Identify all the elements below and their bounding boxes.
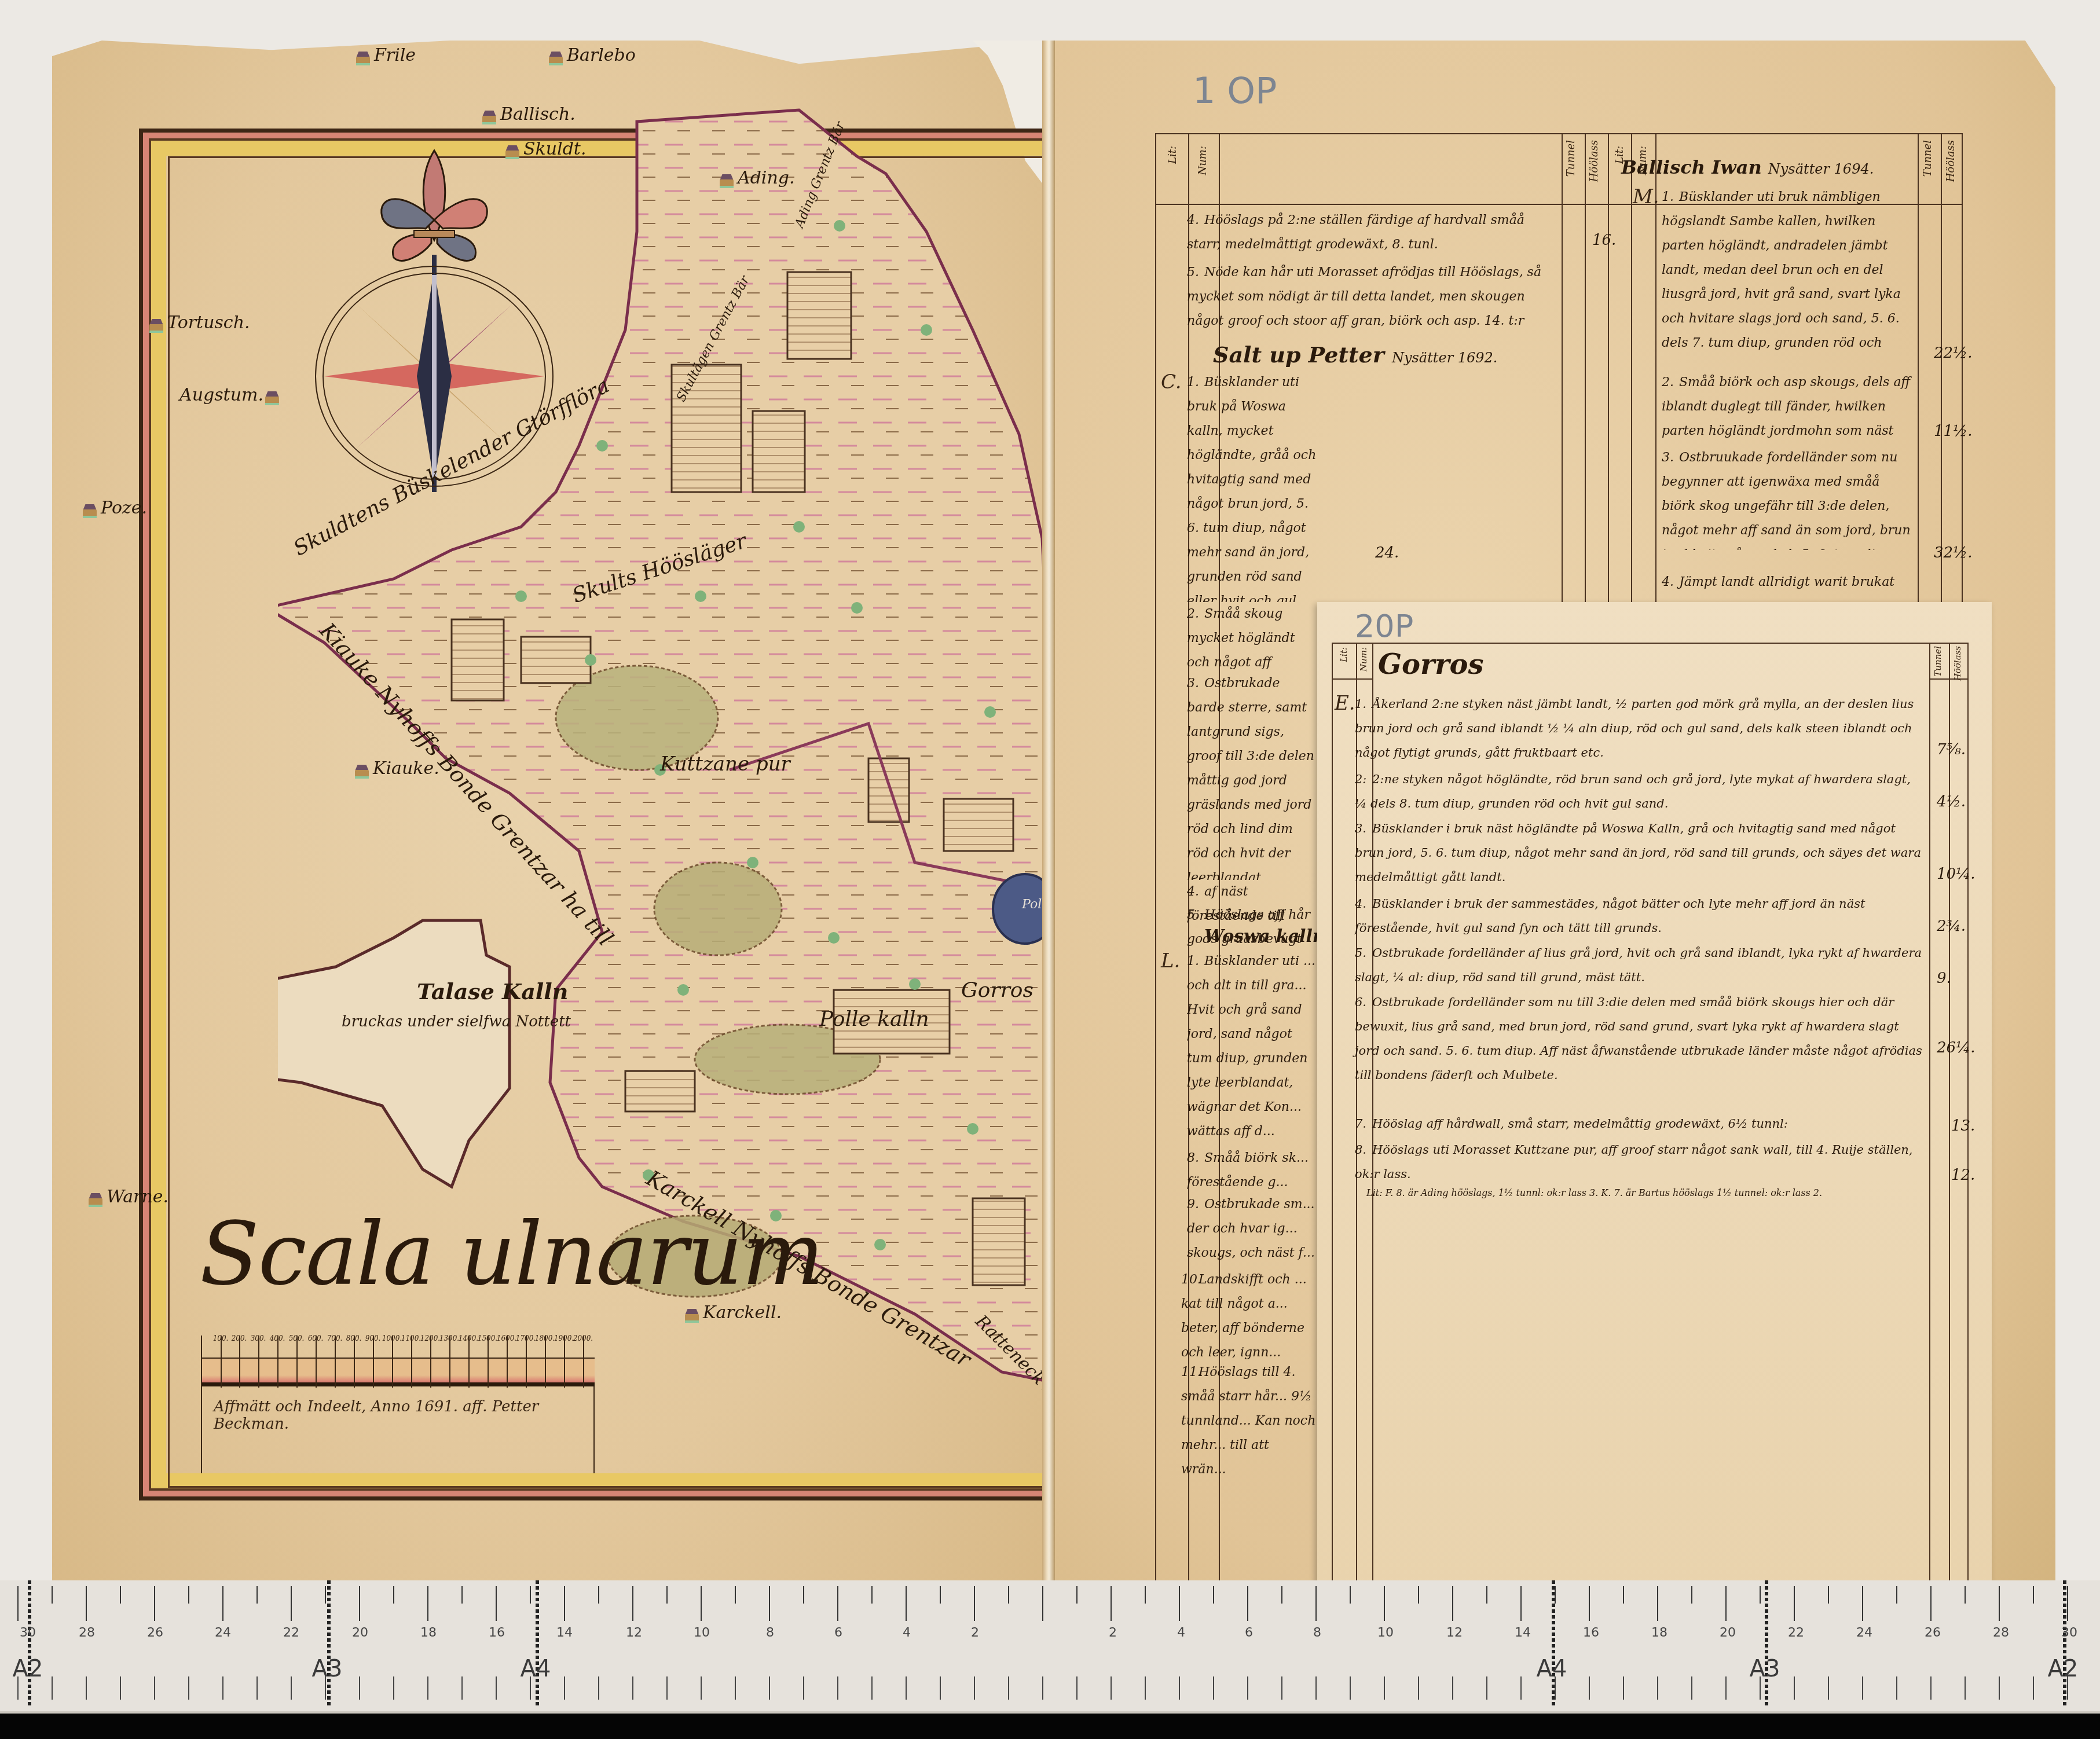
ruler-tick: [325, 1586, 326, 1604]
ruler-tick: [1452, 1676, 1453, 1700]
entry-value: 32½.: [1934, 544, 1973, 562]
column-header-num: Num:: [1197, 146, 1209, 175]
church-icon: [547, 52, 565, 65]
ruler-tick: [1247, 1676, 1248, 1700]
compass-rose-icon: [301, 139, 567, 498]
place-label: Skuldt.: [504, 139, 586, 159]
ruler-number: 18: [1651, 1626, 1667, 1640]
ruler-number: 4: [903, 1626, 911, 1640]
ruler-tick: [701, 1586, 702, 1621]
ruler-tick: [1589, 1586, 1590, 1621]
ruler-tick: [496, 1586, 497, 1621]
section-letter: E.: [1335, 692, 1355, 715]
measuring-ruler: 30 28 26 24 22 20 18 16 14 12 10 8 6 4 2…: [0, 1580, 2100, 1714]
ruler-tick: [666, 1676, 668, 1700]
ruler-tick: [940, 1676, 941, 1700]
ruler-tick: [564, 1676, 565, 1700]
ruler-tick: [1247, 1586, 1248, 1621]
ruler-tick: [871, 1586, 873, 1604]
entry-value: 4½.: [1937, 793, 1966, 810]
paper-size-label: A2: [2048, 1656, 2079, 1682]
ruler-number: 2: [1109, 1626, 1117, 1640]
ruler-tick: [940, 1586, 941, 1604]
ruler-number: 22: [283, 1626, 299, 1640]
ruler-tick: [871, 1676, 873, 1700]
scale-bar-graphic: [201, 1358, 595, 1386]
sheet-fold: [1042, 41, 1055, 1598]
ruler-number: 10: [1377, 1626, 1394, 1640]
paper-size-label: A3: [1750, 1656, 1780, 1682]
ruler-tick: [1862, 1586, 1863, 1621]
ruler-tick: [1486, 1676, 1487, 1700]
region-label: Polle kalln: [819, 1007, 929, 1031]
section-letter: C.: [1161, 370, 1182, 394]
ruler-tick: [427, 1676, 428, 1700]
section-letter: L.: [1161, 949, 1180, 973]
ruler-tick: [1042, 1586, 1043, 1621]
ruler-number: 20: [352, 1626, 368, 1640]
ruler-tick: [1828, 1676, 1829, 1700]
ruler-tick: [1213, 1676, 1214, 1700]
ruler-tick: [1760, 1676, 1761, 1700]
entry-value: 24.: [1375, 544, 1399, 562]
ruler-tick: [393, 1676, 394, 1700]
ruler-number: 8: [766, 1626, 774, 1640]
ruler-tick: [1930, 1676, 1932, 1700]
ruler-tick: [1896, 1586, 1897, 1604]
place-label: Frile: [354, 45, 416, 65]
ruler-tick: [769, 1586, 770, 1621]
ruler-number: 28: [1993, 1626, 2009, 1640]
ledger-entry: 2.Småå biörk och asp skougs, dels aff ib…: [1662, 370, 1916, 446]
church-icon: [481, 111, 498, 124]
ruler-tick: [427, 1586, 428, 1621]
ruler-tick: [666, 1586, 668, 1604]
paper-size-label: A3: [312, 1656, 343, 1682]
ruler-tick: [1760, 1586, 1761, 1604]
place-label: Warne.: [87, 1187, 168, 1207]
ruler-tick: [1930, 1586, 1932, 1621]
ruler-tick: [393, 1586, 394, 1604]
ledger-entry: 3.Ostbrukade barde sterre, samt lantgrun…: [1187, 672, 1317, 880]
ruler-tick: [564, 1586, 565, 1621]
scanner-edge: [0, 1714, 2100, 1739]
ruler-tick: [906, 1676, 907, 1700]
place-label: Ading.: [718, 168, 795, 188]
column-header-lit: Lit:: [1167, 146, 1179, 164]
pencil-page-mark: 1 OP: [1193, 69, 1277, 112]
column-header-num: Num:: [1358, 647, 1369, 672]
ruler-tick: [530, 1586, 531, 1604]
ruler-tick: [222, 1586, 223, 1621]
region-label: Gorros: [961, 978, 1033, 1002]
ruler-tick: [1111, 1586, 1112, 1621]
ruler-tick: [1384, 1676, 1385, 1700]
ruler-tick: [1145, 1586, 1146, 1604]
ruler-tick: [291, 1586, 292, 1621]
column-header-lit: Lit:: [1339, 647, 1349, 662]
house-icon: [504, 145, 521, 159]
ruler-number: 16: [1583, 1626, 1599, 1640]
ruler-number: 8: [1313, 1626, 1321, 1640]
entry-value: 9.: [1937, 970, 1951, 987]
ruler-tick: [735, 1586, 736, 1604]
ruler-tick: [1623, 1676, 1624, 1700]
ruler-tick: [17, 1676, 19, 1700]
ruler-tick: [598, 1676, 599, 1700]
ruler-tick: [1076, 1586, 1078, 1604]
ruler-number: 24: [1856, 1626, 1872, 1640]
ledger-entry: 1.Åkerland 2:ne styken näst jämbt landt,…: [1355, 692, 1922, 765]
ruler-tick: [256, 1586, 258, 1604]
column-header-hoolass: Höölass: [1588, 140, 1600, 182]
fleur-de-lis-icon: [382, 151, 488, 261]
ruler-tick: [1008, 1676, 1009, 1700]
ruler-tick: [154, 1586, 155, 1621]
ruler-tick: [1486, 1586, 1487, 1604]
ruler-tick: [86, 1676, 87, 1700]
ruler-number: 24: [215, 1626, 231, 1640]
ruler-tick: [1076, 1676, 1078, 1700]
ruler-tick: [1315, 1676, 1317, 1700]
ruler-tick: [291, 1676, 292, 1700]
ledger2-title: Gorros: [1378, 648, 1484, 681]
ruler-tick: [1794, 1676, 1795, 1700]
ruler-tick: [530, 1676, 531, 1700]
church-icon: [683, 1309, 701, 1323]
column-header-tunnel: Tunnel: [1922, 140, 1934, 177]
ruler-tick: [1418, 1586, 1419, 1604]
place-label: Karckell.: [683, 1303, 782, 1323]
entry-value: 13.: [1951, 1117, 1975, 1135]
house-icon: [148, 319, 165, 333]
ledger-entry: 8.Hööslags uti Morasset Kuttzane pur, af…: [1355, 1138, 1922, 1186]
ruler-tick: [1042, 1676, 1043, 1700]
ruler-tick: [188, 1586, 189, 1604]
ledger-entry: 11.Hööslags till 4. småå starr hår... 9½…: [1181, 1360, 1317, 1476]
column-header-hoolass: Höölass: [1952, 646, 1963, 681]
ruler-tick: [1384, 1586, 1385, 1621]
ruler-tick: [1725, 1676, 1727, 1700]
ledger-entry: 3.Ostbruukade fordelländer som nu begynn…: [1662, 446, 1916, 550]
ruler-tick: [1111, 1676, 1112, 1700]
ruler-tick: [154, 1676, 155, 1700]
ruler-tick: [2033, 1676, 2034, 1700]
ruler-tick: [598, 1586, 599, 1604]
scale-bar: 100. 200. 300. 400. 500. 600. 700. 800. …: [201, 1334, 595, 1473]
ledger-entry: 1.Büsklander uti bruk nämbligen högsland…: [1662, 185, 1916, 359]
ledger-footnote: Lit: F. 8. är Ading hööslags, 1½ tunnl: …: [1366, 1181, 1945, 1205]
ruler-tick: [803, 1586, 804, 1604]
ruler-number: 28: [79, 1626, 95, 1640]
ruler-tick: [1350, 1676, 1351, 1700]
ruler-tick: [1350, 1586, 1351, 1604]
section-title: Ballisch Iwan Nysätter 1694.: [1621, 156, 1874, 178]
ruler-number: 14: [1515, 1626, 1531, 1640]
ruler-tick: [632, 1586, 633, 1621]
ruler-tick: [2067, 1676, 2068, 1700]
section-letter: M.: [1633, 185, 1659, 208]
ruler-tick: [1862, 1676, 1863, 1700]
region-label: Kuttzane pur: [660, 753, 790, 776]
ruler-tick: [837, 1676, 838, 1700]
ruler-number: 26: [147, 1626, 163, 1640]
ruler-tick: [52, 1586, 53, 1604]
surveyor-caption: Affmätt och Indeelt, Anno 1691. aff. Pet…: [201, 1386, 595, 1473]
ledger-entry: 4.Jämpt landt allridigt warit brukat ann…: [1662, 570, 1916, 596]
ruler-number: 6: [834, 1626, 842, 1640]
ruler-number: 30: [20, 1626, 36, 1640]
ruler-tick: [1589, 1676, 1590, 1700]
ruler-tick: [52, 1676, 53, 1700]
ledger-entry: 4.Büsklander i bruk der sammestädes, någ…: [1355, 891, 1922, 940]
ruler-number: 12: [1446, 1626, 1463, 1640]
ruler-tick: [1965, 1586, 1966, 1604]
house-icon: [354, 52, 372, 65]
ledger-entry: 2:2:ne styken något högländte, röd brun …: [1355, 767, 1922, 816]
place-label: Ballisch.: [481, 104, 576, 124]
ledger-entry: 9.Ostbrukade sm... der och hvar ig... sk…: [1187, 1193, 1317, 1262]
ruler-tick: [1828, 1586, 1829, 1604]
entry-value: 10¼.: [1937, 865, 1976, 883]
house-icon: [718, 174, 735, 188]
ruler-tick: [1725, 1586, 1727, 1621]
ruler-tick: [1657, 1586, 1658, 1621]
island-note: bruckas under sielfwa Nottett: [342, 1013, 571, 1030]
pencil-page-mark: 20P: [1355, 608, 1413, 644]
entry-value: 16.: [1592, 232, 1616, 249]
ruler-number: 10: [694, 1626, 710, 1640]
ledger-entry: 2.Småå skoug mycket högländt och något a…: [1187, 602, 1317, 672]
house-icon: [81, 504, 98, 518]
ruler-tick: [1896, 1676, 1897, 1700]
ledger-entry: 7.Hööslag aff hårdwall, små starr, medel…: [1355, 1111, 1922, 1136]
ruler-number: 4: [1177, 1626, 1185, 1640]
ruler-tick: [2033, 1586, 2034, 1604]
ruler-tick: [222, 1676, 223, 1700]
ruler-tick: [701, 1676, 702, 1700]
scale-title: Scala ulnarum: [200, 1204, 823, 1305]
ledger-entry: 1.Büsklander uti ... och alt in till gra…: [1187, 949, 1317, 1140]
ruler-tick: [461, 1676, 463, 1700]
ruler-tick: [837, 1586, 838, 1621]
entry-value: 12.: [1951, 1166, 1975, 1184]
ruler-tick: [359, 1676, 360, 1700]
ruler-tick: [1623, 1586, 1624, 1604]
ruler-number: 2: [971, 1626, 979, 1640]
ruler-tick: [256, 1676, 258, 1700]
ruler-tick: [1179, 1676, 1180, 1700]
house-icon: [263, 391, 281, 405]
ledger-entry: 8.Småå biörk sk... förestående g...: [1187, 1146, 1317, 1193]
ruler-tick: [1281, 1586, 1282, 1604]
scale-ticks: 100. 200. 300. 400. 500. 600. 700. 800. …: [201, 1334, 595, 1355]
ruler-tick: [17, 1586, 19, 1621]
ruler-tick: [769, 1676, 770, 1700]
ruler-number: 20: [1720, 1626, 1736, 1640]
ledger-entry: 5.Nöde kan hår uti Morasset afrödjas til…: [1187, 261, 1557, 333]
ruler-tick: [1657, 1676, 1658, 1700]
ruler-number: 18: [420, 1626, 437, 1640]
house-icon: [87, 1193, 104, 1207]
section-title: Salt up Petter Nysätter 1692.: [1213, 342, 1497, 368]
section-title: Woswa kalln.: [1204, 926, 1331, 946]
ledger-entry: 5.Ostbrukade fordelländer af lius grå jo…: [1355, 941, 1922, 989]
entry-value: 26¼.: [1937, 1039, 1976, 1056]
ruler-number: 30: [2061, 1626, 2077, 1640]
ruler-tick: [1520, 1586, 1522, 1621]
ruler-number: 16: [489, 1626, 505, 1640]
ruler-tick: [120, 1676, 121, 1700]
ruler-tick: [2067, 1586, 2068, 1621]
ledger-entry: 4.Hööslags på 2:ne ställen färdige af ha…: [1187, 208, 1557, 257]
entry-value: 7⅝.: [1937, 741, 1966, 758]
ruler-tick: [1520, 1676, 1522, 1700]
place-label: Augstum.: [179, 385, 283, 405]
ruler-tick: [632, 1676, 633, 1700]
ruler-number: 14: [556, 1626, 573, 1640]
ruler-tick: [1691, 1586, 1692, 1604]
ruler-tick: [1418, 1676, 1419, 1700]
ruler-tick: [1145, 1676, 1146, 1700]
ruler-number: 22: [1788, 1626, 1804, 1640]
place-label: Tortusch.: [148, 313, 250, 333]
ruler-tick: [1555, 1586, 1556, 1604]
ruler-tick: [1794, 1586, 1795, 1621]
column-header-tunnel: Tunnel: [1565, 140, 1577, 177]
ledger-entry: 1.Büsklander uti bruk på Woswa kalln, my…: [1187, 370, 1317, 602]
ruler-number: 12: [626, 1626, 642, 1640]
ruler-tick: [120, 1586, 121, 1604]
ruler-tick: [1999, 1676, 2000, 1700]
entry-value: 22½.: [1934, 344, 1973, 362]
ruler-tick: [359, 1586, 360, 1621]
ruler-tick: [461, 1586, 463, 1604]
ruler-tick: [803, 1676, 804, 1700]
ruler-number: 6: [1245, 1626, 1253, 1640]
ruler-tick: [974, 1676, 975, 1700]
ruler-tick: [1281, 1676, 1282, 1700]
ruler-tick: [1452, 1586, 1453, 1621]
paper-size-label: A4: [521, 1656, 551, 1682]
entry-value: 11½.: [1934, 423, 1973, 440]
ledger-entry: 10.Landskifft och ... kat till något a..…: [1181, 1268, 1317, 1360]
ruler-tick: [1691, 1676, 1692, 1700]
ruler-tick: [1965, 1676, 1966, 1700]
place-label: Kiauke.: [353, 758, 439, 779]
column-header-hoolass: Höölass: [1945, 140, 1957, 182]
ruler-number: 26: [1925, 1626, 1941, 1640]
church-icon: [353, 765, 371, 779]
ruler-tick: [1179, 1586, 1180, 1621]
island-title: Talase Kalln: [417, 978, 568, 1004]
ruler-tick: [1555, 1676, 1556, 1700]
ruler-tick: [188, 1676, 189, 1700]
place-label: Barlebo: [547, 45, 636, 65]
ruler-tick: [1999, 1586, 2000, 1621]
entry-value: 2¾.: [1937, 918, 1966, 935]
ruler-tick: [1008, 1586, 1009, 1604]
ledger-entry: 3.Büsklander i bruk näst högländte på Wo…: [1355, 816, 1922, 889]
ruler-tick: [86, 1586, 87, 1621]
ruler-tick: [906, 1586, 907, 1621]
ruler-tick: [1213, 1586, 1214, 1604]
paper-size-label: A4: [1537, 1656, 1567, 1682]
ruler-tick: [1315, 1586, 1317, 1621]
column-header-tunnel: Tunnel: [1933, 646, 1943, 677]
ruler-tick: [325, 1676, 326, 1700]
ruler-tick: [974, 1586, 975, 1621]
ledger-entry: 6.Ostbrukade fordelländer som nu till 3:…: [1355, 990, 1922, 1087]
ruler-tick: [496, 1676, 497, 1700]
place-label: Poze.: [81, 498, 147, 518]
ruler-tick: [735, 1676, 736, 1700]
